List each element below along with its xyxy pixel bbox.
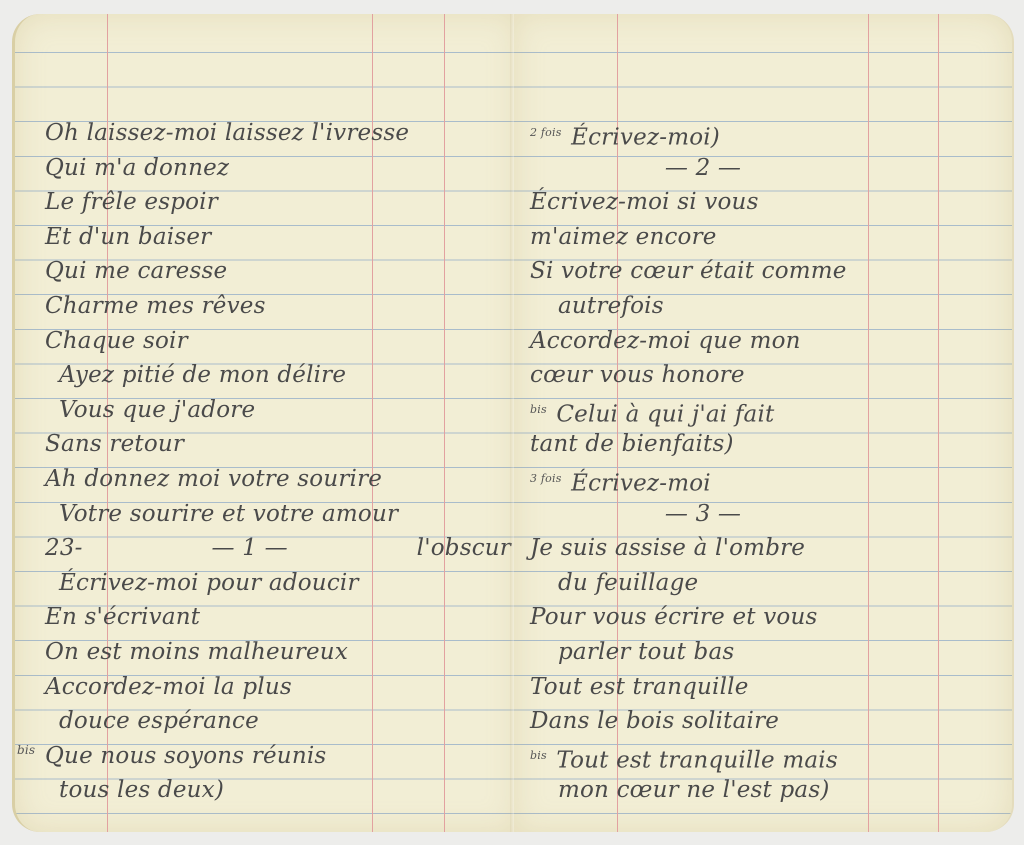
handwritten-line: Qui me caresse	[15, 254, 517, 289]
handwritten-line: m'aimez encore	[514, 220, 1012, 255]
handwritten-line: cœur vous honore	[514, 358, 1012, 393]
handwritten-line: Écrivez-moi pour adoucir	[15, 566, 517, 601]
handwritten-line: Et d'un baiser	[15, 220, 517, 255]
handwritten-line: Accordez-moi la plus	[15, 670, 517, 705]
handwritten-line: bis Tout est tranquille mais	[514, 739, 1012, 774]
section-marker: — 1 —	[212, 531, 288, 566]
handwritten-line: Vous que j'adore	[15, 393, 517, 428]
handwritten-line: Accordez-moi que mon	[514, 324, 1012, 359]
repeat-note: 3 fois	[530, 472, 562, 485]
handwritten-line: Votre sourire et votre amour	[15, 497, 517, 532]
handwritten-line: 3 fois Écrivez-moi	[514, 462, 1012, 497]
handwritten-line: Tout est tranquille	[514, 670, 1012, 705]
handwritten-line: Chaque soir	[15, 324, 517, 359]
repeat-note: bis	[530, 749, 547, 762]
handwritten-line: Ayez pitié de mon délire	[15, 358, 517, 393]
handwritten-line: mon cœur ne l'est pas)	[514, 773, 1012, 808]
handwritten-word: l'obscur	[417, 531, 511, 566]
repeat-note: bis	[530, 403, 547, 416]
section-marker: — 2 —	[514, 151, 1012, 186]
handwritten-line: autrefois	[514, 289, 1012, 324]
handwritten-line: Écrivez-moi si vous	[514, 185, 1012, 220]
handwritten-line: bis Que nous soyons réunis	[15, 739, 517, 774]
repeat-note: 2 fois	[530, 126, 562, 139]
handwritten-line: Le frêle espoir	[15, 185, 517, 220]
handwritten-line: Charme mes rêves	[15, 289, 517, 324]
handwritten-line: du feuillage	[514, 566, 1012, 601]
left-page: Oh laissez-moi laissez l'ivresse Qui m'a…	[12, 14, 517, 832]
handwritten-line: Pour vous écrire et vous	[514, 600, 1012, 635]
open-notebook: Oh laissez-moi laissez l'ivresse Qui m'a…	[12, 14, 1012, 832]
handwritten-line: parler tout bas	[514, 635, 1012, 670]
handwritten-line: bis Celui à qui j'ai fait	[514, 393, 1012, 428]
handwritten-line: 2 fois Écrivez-moi)	[514, 116, 1012, 151]
handwritten-line: On est moins malheureux	[15, 635, 517, 670]
right-page-text: 2 fois Écrivez-moi) — 2 — Écrivez-moi si…	[514, 116, 1012, 808]
handwritten-line: Si votre cœur était comme	[514, 254, 1012, 289]
handwritten-line: douce espérance	[15, 704, 517, 739]
section-marker: — 3 —	[514, 497, 1012, 532]
handwritten-line: tous les deux)	[15, 773, 517, 808]
handwritten-line: En s'écrivant	[15, 600, 517, 635]
left-page-text: Oh laissez-moi laissez l'ivresse Qui m'a…	[15, 116, 517, 808]
handwritten-line: tant de bienfaits)	[514, 427, 1012, 462]
right-page: 2 fois Écrivez-moi) — 2 — Écrivez-moi si…	[514, 14, 1014, 832]
number-line: 23- — 1 — l'obscur	[15, 531, 517, 566]
handwritten-line: Oh laissez-moi laissez l'ivresse	[15, 116, 517, 151]
handwritten-line: Dans le bois solitaire	[514, 704, 1012, 739]
handwritten-line: Sans retour	[15, 427, 517, 462]
handwritten-line: Qui m'a donnez	[15, 151, 517, 186]
handwritten-line: Je suis assise à l'ombre	[514, 531, 1012, 566]
margin-note: bis	[17, 733, 35, 768]
handwritten-line: Ah donnez moi votre sourire	[15, 462, 517, 497]
page-number: 23-	[45, 531, 83, 566]
